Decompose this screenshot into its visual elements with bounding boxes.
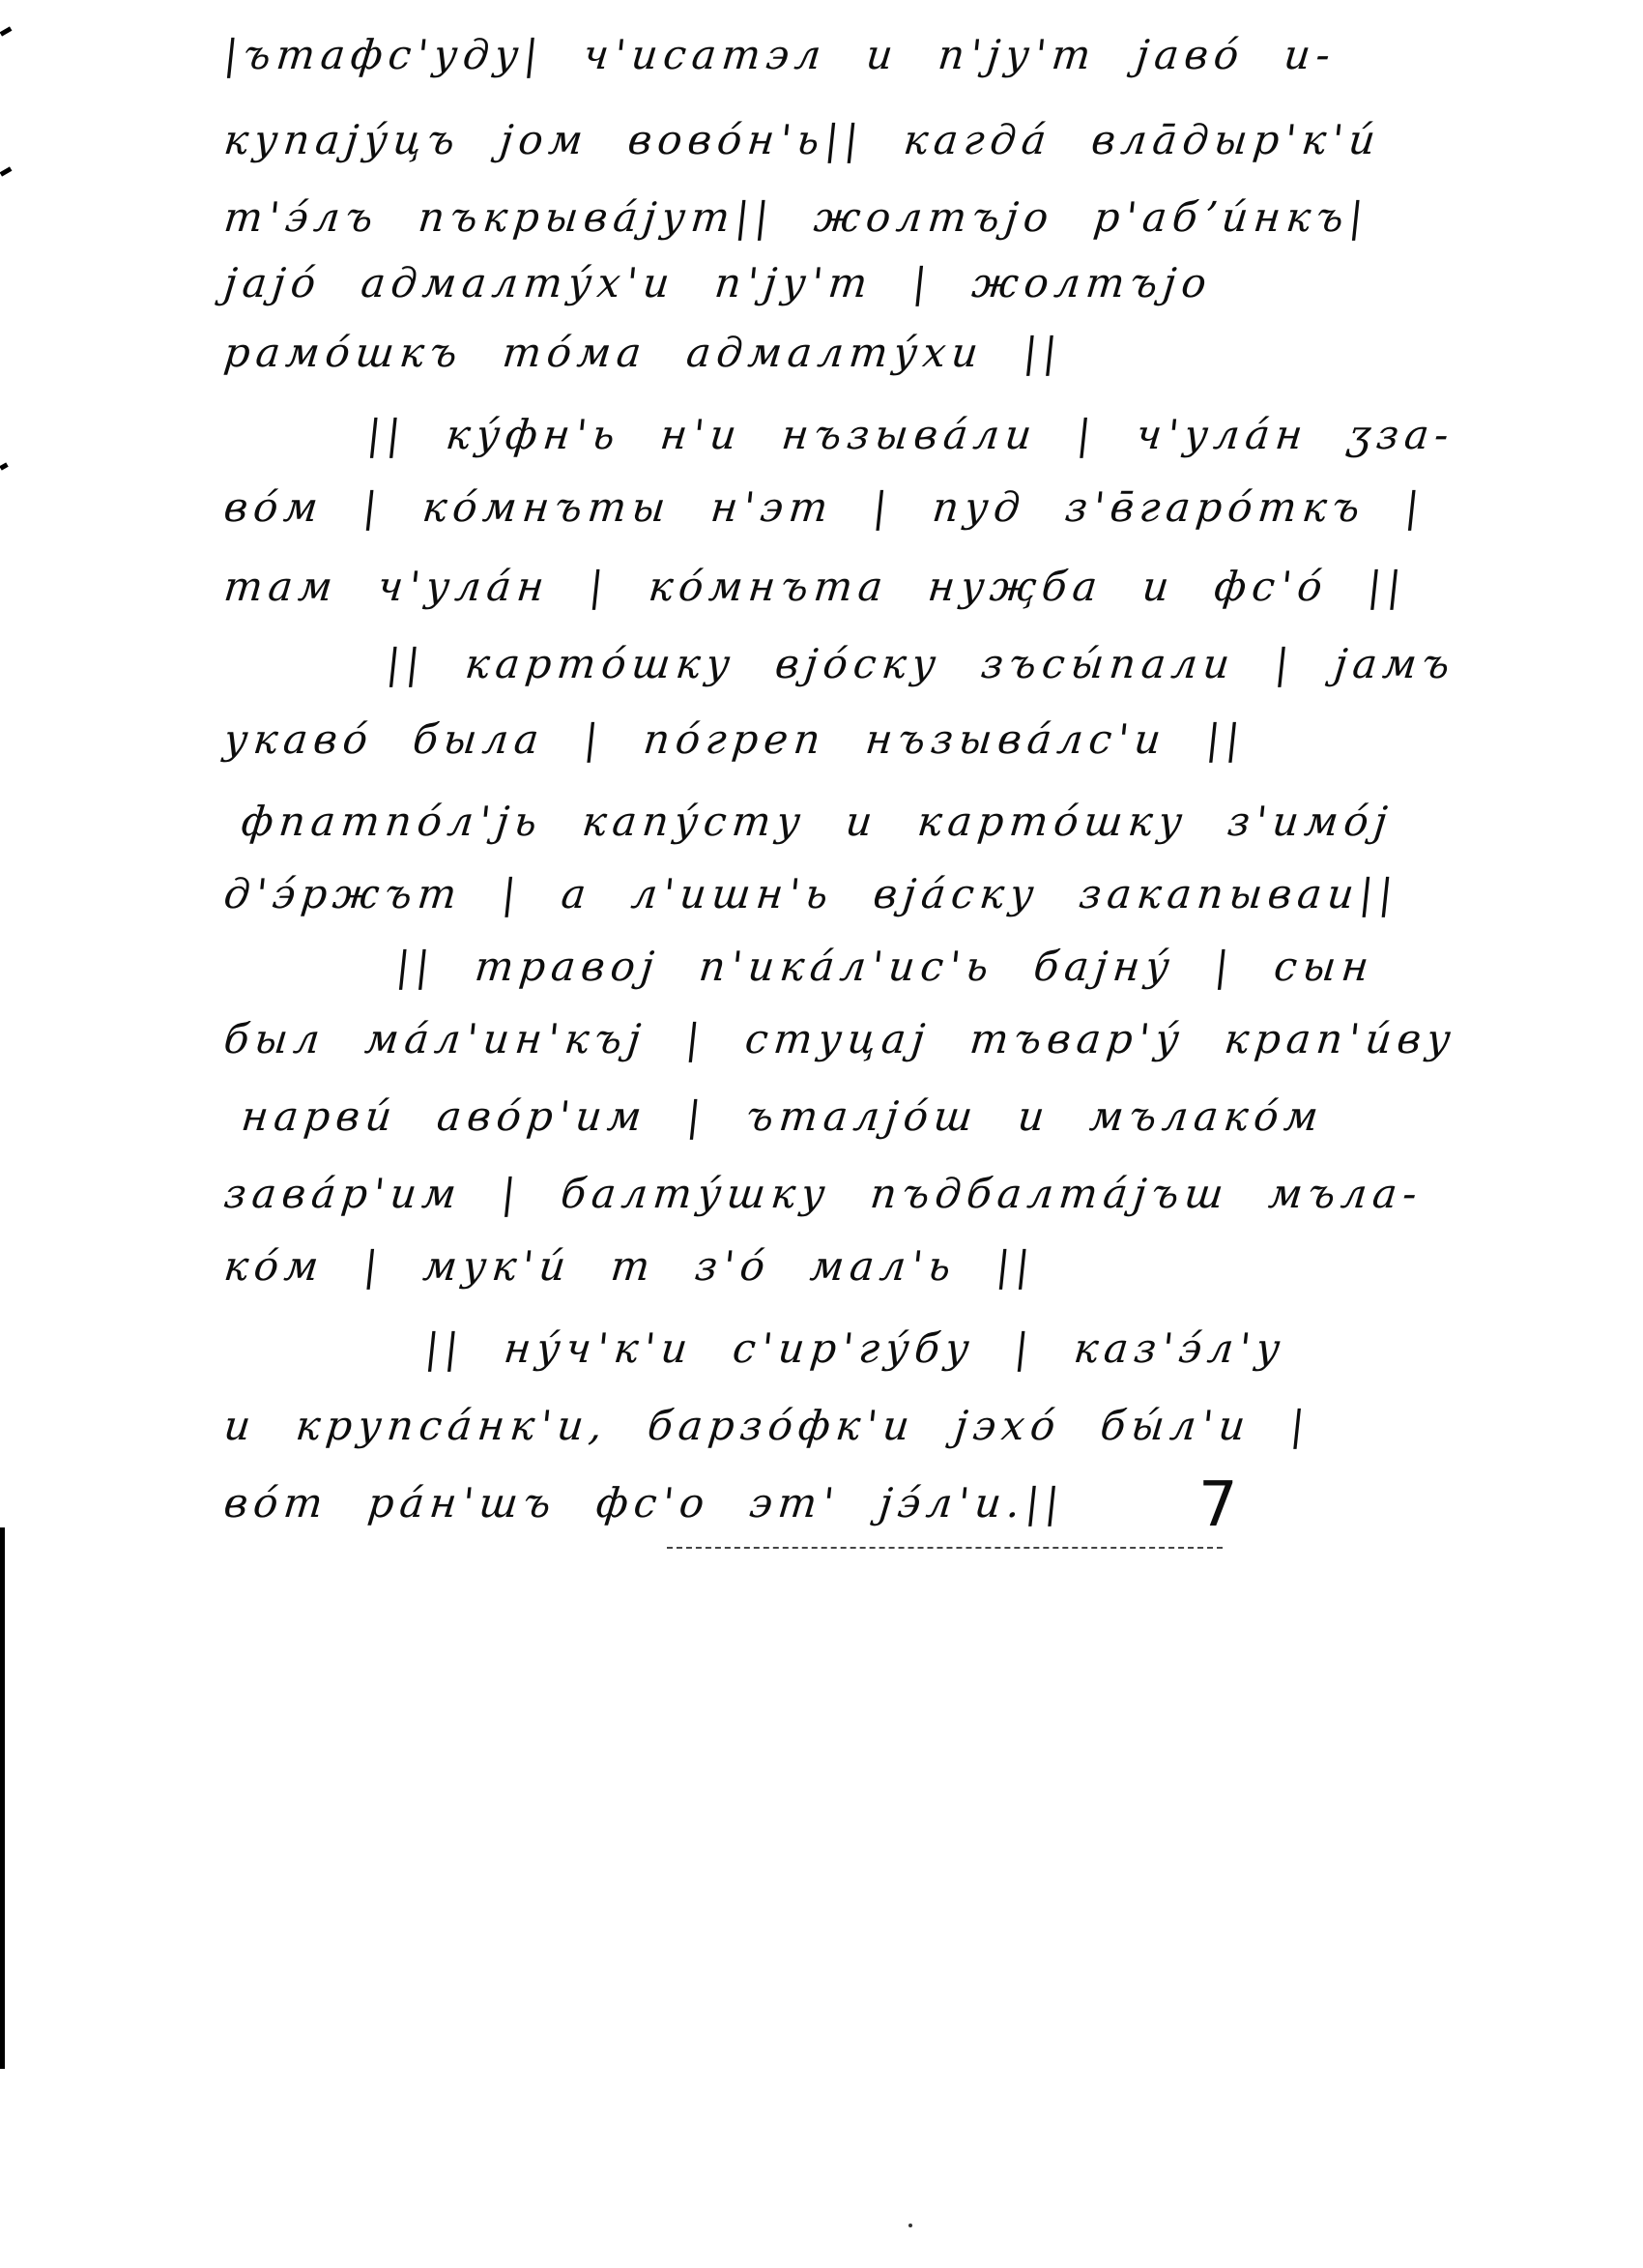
margin-tick-mark bbox=[0, 26, 12, 36]
text-line-9: || карто́шку вјо́ску зъсы́пали | јамъ bbox=[384, 640, 1457, 687]
text-line-6: || ку́фн'ь н'и нъзыва́ли | ч'ула́н ӡза- bbox=[364, 411, 1456, 458]
scanned-page: |ътафс'уду| ч'исатэл и п'ју'т јаво́ и- к… bbox=[0, 0, 1643, 2268]
scan-speck bbox=[908, 2224, 912, 2227]
scan-edge-shadow bbox=[0, 1527, 5, 2069]
margin-tick-mark bbox=[0, 166, 12, 176]
text-line-1: |ътафс'уду| ч'исатэл и п'ју'т јаво́ и- bbox=[221, 31, 1338, 78]
page-number: 7 bbox=[1198, 1469, 1238, 1541]
text-line-20: во́т ра́н'шъ фс'о эт' јэ́л'и.|| bbox=[221, 1479, 1067, 1527]
margin-tick-mark bbox=[0, 462, 9, 470]
text-line-18: || ну́ч'к'и с'ир'гу́бу | каз'э́л'у bbox=[422, 1324, 1287, 1372]
text-line-2: купају́цъ јом вово́н'ь|| кагда́ вла̄дыр'… bbox=[221, 116, 1383, 163]
text-line-19: и крупса́нк'и, барзо́фк'и јэхо́ бы́л'и | bbox=[221, 1402, 1312, 1449]
text-line-3: т'э́лъ пъкрыва́јут|| жолтъјо р'абʼи́нкъ| bbox=[221, 193, 1370, 241]
text-line-10: укаво́ была | по́греп нъзыва́лс'и || bbox=[221, 715, 1248, 763]
text-line-7: во́м | ко́мнъты н'эт | пуд з'в̄гаро́ткъ … bbox=[221, 483, 1427, 531]
text-line-15: нарви́ аво́р'им | ъталјо́ш и мълако́м bbox=[239, 1092, 1326, 1140]
text-line-11: фпатпо́л'јь капу́сту и карто́шку з'имо́ј bbox=[239, 798, 1395, 845]
text-line-8: там ч'ула́н | ко́мнъта нуҗба и фс'о́ || bbox=[221, 563, 1409, 610]
text-line-16: зава́р'им | балту́шку пъдбалта́јъш мъла- bbox=[221, 1170, 1425, 1217]
text-line-17: ко́м | мук'и́ т з'о́ мал'ь || bbox=[221, 1242, 1037, 1290]
text-line-12: д'э́ржът | а л'ишн'ь вја́ску закапываи|| bbox=[221, 870, 1400, 917]
text-line-4: јајо́ адмалту́х'и п'ју'т | жолтъјо bbox=[221, 259, 1214, 306]
text-line-14: был ма́л'ин'къј | стуцај тъвар'у́ крап'и… bbox=[221, 1015, 1458, 1062]
footer-dashed-rule bbox=[667, 1547, 1223, 1549]
text-line-5: рамо́шкъ то́ма адмалту́хи || bbox=[221, 329, 1065, 376]
text-line-13: || травој п'ика́л'ис'ь бајну́ | сын bbox=[393, 943, 1376, 990]
